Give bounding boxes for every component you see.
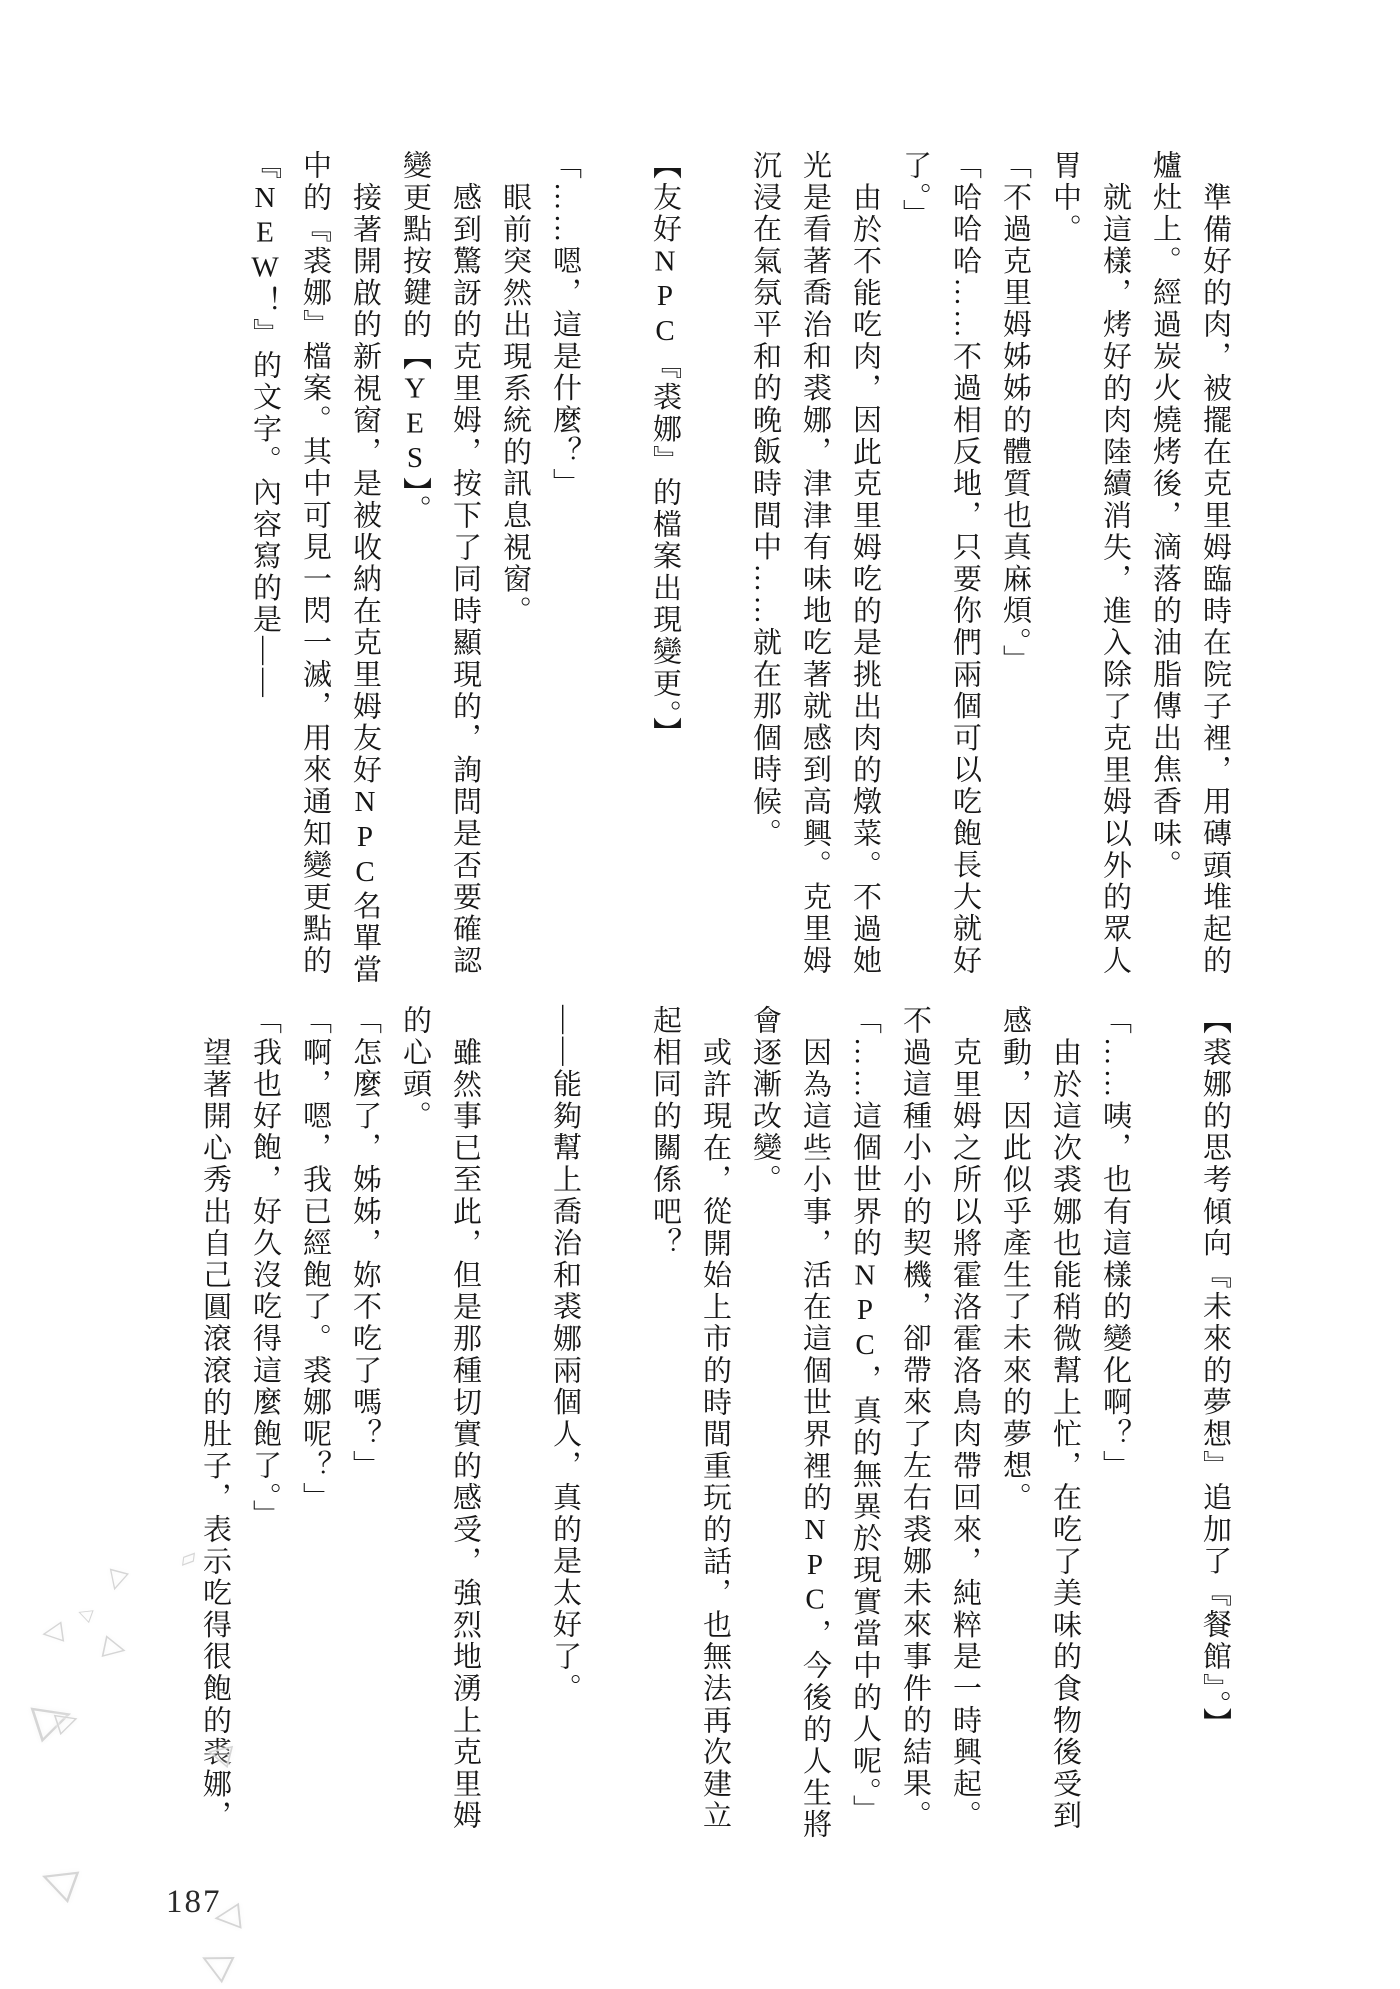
text-column: [590, 150, 640, 990]
latin-text: NPC: [849, 1259, 881, 1363]
text-column: 光是看著喬治和裘娜，津津有味地吃著就感到高興。克里姆: [790, 150, 840, 990]
latin-text: NPC: [349, 786, 381, 890]
text-column: 「怎麼了，姊姊，妳不吃了嗎？」: [340, 1005, 390, 1840]
text-column: 由於不能吃肉，因此克里姆吃的是挑出肉的燉菜。不過她: [840, 150, 890, 1022]
text-column: 『NEW！』的文字。內容寫的是——: [240, 150, 290, 990]
text-column: [490, 1005, 540, 1840]
paper-plane-watermark-icon: ▷: [101, 1630, 129, 1663]
paper-plane-watermark-icon: ◁: [75, 1603, 94, 1625]
paper-plane-watermark-icon: ◁: [195, 1938, 238, 1985]
latin-text: NPC: [799, 1514, 831, 1618]
paper-plane-watermark-icon: ◁: [212, 1897, 242, 1934]
text-column: 因為這些小事，活在這個世界裡的NPC，今後的人生將: [790, 1005, 840, 1872]
text-column: 「……嗯，這是什麼？」: [540, 150, 590, 990]
text-column: [690, 150, 740, 990]
latin-text: YES: [399, 373, 431, 477]
text-column: 起相同的關係吧？: [640, 1005, 690, 1840]
text-column: 變更點按鍵的【YES】。: [390, 150, 440, 990]
text-column: 了。」: [890, 150, 940, 990]
text-column: 胃中。: [1040, 150, 1090, 990]
text-column: [1140, 1005, 1190, 1840]
text-column: 不過這種小小的契機，卻帶來了左右裘娜未來事件的結果。: [890, 1005, 940, 1840]
latin-text: NPC: [649, 245, 681, 349]
text-column: 「啊，嗯，我已經飽了。裘娜呢？」: [290, 1005, 340, 1840]
text-column: ——能夠幫上喬治和裘娜兩個人，真的是太好了。: [540, 1005, 590, 1840]
text-column: 「……這個世界的NPC，真的無異於現實當中的人呢。」: [840, 1005, 890, 1840]
book-page: 準備好的肉，被擺在克里姆臨時在院子裡，用磚頭堆起的爐灶上。經過炭火燒烤後，滴落的…: [0, 0, 1400, 1989]
text-column: 【友好NPC『裘娜』的檔案出現變更。】: [640, 150, 690, 990]
text-column: 雖然事已至此，但是那種切實的感受，強烈地湧上克里姆: [440, 1005, 490, 1872]
text-column: 接著開啟的新視窗，是被收納在克里姆友好NPC名單當: [340, 150, 390, 1022]
text-column: 的心頭。: [390, 1005, 440, 1840]
text-column: 「……咦，也有這樣的變化啊？」: [1090, 1005, 1140, 1840]
text-column: 感到驚訝的克里姆，按下了同時顯現的，詢問是否要確認: [440, 150, 490, 1022]
text-column: 會逐漸改變。: [740, 1005, 790, 1840]
paper-plane-watermark-icon: ◁: [40, 1617, 64, 1647]
text-column: 【裘娜的思考傾向『未來的夢想』追加了『餐館』。】: [1190, 1005, 1240, 1840]
text-column: 由於這次裘娜也能稍微幫上忙，在吃了美味的食物後受到: [1040, 1005, 1090, 1872]
text-column: 或許現在，從開始上市的時間重玩的話，也無法再次建立: [690, 1005, 740, 1872]
text-column: 中的『裘娜』檔案。其中可見一閃一滅，用來通知變更點的: [290, 150, 340, 990]
text-column: 克里姆之所以將霍洛霍洛鳥肉帶回來，純粹是一時興起。: [940, 1005, 990, 1872]
text-column: 感動，因此似乎產生了未來的夢想。: [990, 1005, 1040, 1840]
text-block-top: 準備好的肉，被擺在克里姆臨時在院子裡，用磚頭堆起的爐灶上。經過炭火燒烤後，滴落的…: [240, 150, 1240, 990]
text-column: 眼前突然出現系統的訊息視窗。: [490, 150, 540, 1022]
text-column: 「哈哈哈……不過相反地，只要你們兩個可以吃飽長大就好: [940, 150, 990, 990]
text-column: 沉浸在氣氛平和的晚飯時間中……就在那個時候。: [740, 150, 790, 990]
paper-plane-watermark-icon: ▷: [33, 1858, 80, 1911]
paper-plane-watermark-icon: ▷: [103, 1568, 133, 1594]
text-column: [590, 1005, 640, 1840]
text-column: 爐灶上。經過炭火燒烤後，滴落的油脂傳出焦香味。: [1140, 150, 1190, 990]
text-column: 「不過克里姆姊姊的體質也真麻煩。」: [990, 150, 1040, 990]
latin-text: NEW: [249, 182, 281, 286]
text-column: 準備好的肉，被擺在克里姆臨時在院子裡，用磚頭堆起的: [1190, 150, 1240, 1022]
text-block-bottom: 【裘娜的思考傾向『未來的夢想』追加了『餐館』。】「……咦，也有這樣的變化啊？」由…: [190, 1005, 1240, 1840]
text-column: 就這樣，烤好的肉陸續消失，進入除了克里姆以外的眾人: [1090, 150, 1140, 1022]
text-column: 「我也好飽，好久沒吃得這麼飽了。」: [240, 1005, 290, 1840]
